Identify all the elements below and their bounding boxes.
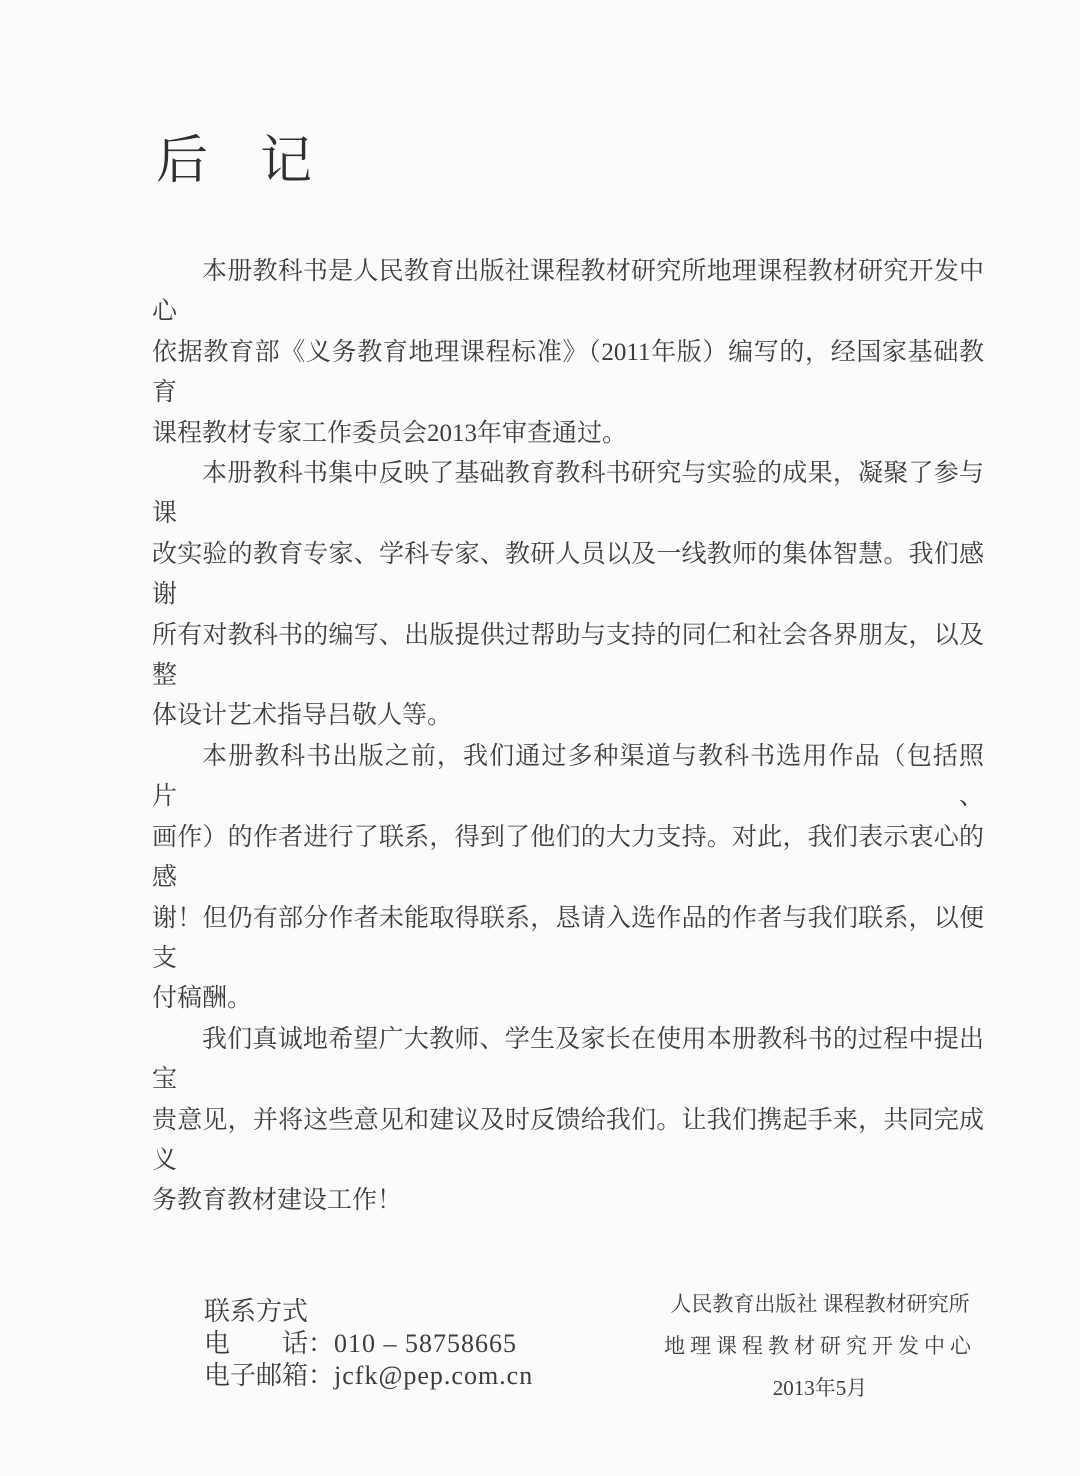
text-line: 我们真诚地希望广大教师、学生及家长在使用本册教科书的过程中提出宝: [152, 1020, 984, 1101]
text-line: 所有对教科书的编写、出版提供过帮助与支持的同仁和社会各界朋友，以及整: [152, 616, 984, 697]
text-line: 课程教材专家工作委员会2013年审查通过。: [152, 414, 984, 454]
email-address: jcfk@pep.com.cn: [334, 1361, 533, 1390]
phone-label: 电 话：: [204, 1329, 334, 1358]
paragraph: 本册教科书是人民教育出版社课程教材研究所地理课程教材研究开发中心 依据教育部《义…: [152, 252, 984, 454]
text-line: 本册教科书是人民教育出版社课程教材研究所地理课程教材研究开发中心: [152, 252, 984, 333]
text-line: 本册教科书集中反映了基础教育教科书研究与实验的成果，凝聚了参与课: [152, 454, 984, 535]
text-line: 谢！但仍有部分作者未能取得联系，恳请入选作品的作者与我们联系，以便支: [152, 899, 984, 980]
research-center-name: 地理课程教材研究开发中心: [640, 1325, 1000, 1367]
text-line: 画作）的作者进行了联系，得到了他们的大力支持。对此，我们表示衷心的感: [152, 818, 984, 899]
text-line: 付稿酬。: [152, 979, 984, 1019]
page-title: 后 记: [156, 118, 312, 193]
body-text: 本册教科书是人民教育出版社课程教材研究所地理课程教材研究开发中心 依据教育部《义…: [152, 252, 984, 1392]
text-line: 体设计艺术指导吕敬人等。: [152, 696, 984, 736]
paragraph: 本册教科书集中反映了基础教育教科书研究与实验的成果，凝聚了参与课 改实验的教育专…: [152, 454, 984, 737]
publisher-footer: 人民教育出版社 课程教材研究所 地理课程教材研究开发中心 2013年5月: [640, 1283, 1000, 1409]
text-line: 改实验的教育专家、学科专家、教研人员以及一线教师的集体智慧。我们感谢: [152, 535, 984, 616]
email-label: 电子邮箱：: [204, 1361, 334, 1390]
text-line: 依据教育部《义务教育地理课程标准》（2011年版）编写的，经国家基础教育: [152, 333, 984, 414]
publisher-names: 人民教育出版社 课程教材研究所: [640, 1283, 1000, 1325]
text-line: 本册教科书出版之前，我们通过多种渠道与教科书选用作品（包括照片、: [152, 737, 984, 818]
phone-number: 010 – 58758665: [334, 1329, 517, 1358]
text-line: 务教育教材建设工作！: [152, 1181, 984, 1221]
publication-date: 2013年5月: [640, 1367, 1000, 1409]
paragraph: 本册教科书出版之前，我们通过多种渠道与教科书选用作品（包括照片、 画作）的作者进…: [152, 737, 984, 1020]
text-line: 贵意见，并将这些意见和建议及时反馈给我们。让我们携起手来，共同完成义: [152, 1101, 984, 1182]
paragraph: 我们真诚地希望广大教师、学生及家长在使用本册教科书的过程中提出宝 贵意见，并将这…: [152, 1020, 984, 1222]
